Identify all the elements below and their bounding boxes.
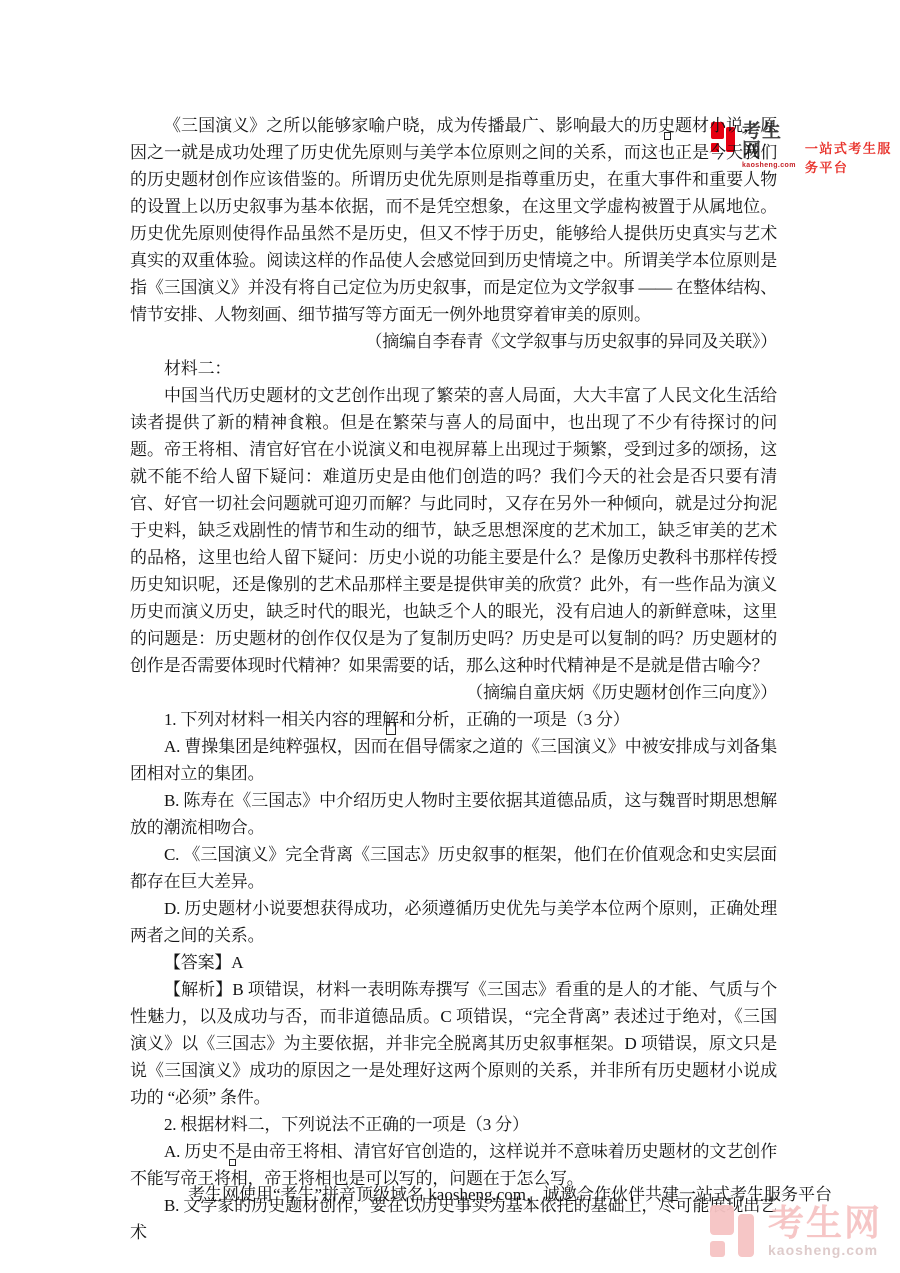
missing-glyph-box-icon — [229, 1159, 236, 1166]
logo-tagline: 一站式考生服务平台 — [805, 138, 900, 176]
watermark-brand-name: 考生网 — [768, 1205, 882, 1241]
question-1-option-c: C. 《三国演义》完全背离《三国志》历史叙事的框架，他们在价值观念和史实层面都存… — [130, 841, 777, 895]
question-1-option-d: D. 历史题材小说要想获得成功，必须遵循历史优先与美学本位两个原则，正确处理两者… — [130, 895, 777, 949]
question-1-stem: 1. 下列对材料一相关内容的理解和分析，正确的一项是（3 分） — [130, 706, 777, 733]
kaosheng-watermark: 考生网 kaosheng.com — [710, 1205, 882, 1257]
missing-glyph-box-icon — [386, 722, 396, 735]
source-attribution-2: （摘编自童庆炳《历史题材创作三向度》） — [130, 679, 777, 706]
source-attribution-1: （摘编自李春青《文学叙事与历史叙事的异同及关联》） — [130, 328, 777, 355]
material-2-heading: 材料二： — [130, 355, 777, 382]
passage-material-1: 《三国演义》之所以能够家喻户晓，成为传播最广、影响最大的历史题材小说，原因之一就… — [130, 112, 777, 328]
kaosheng-watermark-mark-icon — [710, 1205, 760, 1257]
question-1-analysis: 【解析】B 项错误，材料一表明陈寿撰写《三国志》看重的是人的才能、气质与个性魅力… — [130, 976, 777, 1111]
watermark-domain-text: kaosheng.com — [768, 1243, 882, 1257]
question-1-option-a: A. 曹操集团是纯粹强权，因而在倡导儒家之道的《三国演义》中被安排成与刘备集团相… — [130, 733, 777, 787]
question-2-stem: 2. 根据材料二，下列说法不正确的一项是（3 分） — [130, 1111, 777, 1138]
question-1-answer: 【答案】A — [130, 949, 777, 976]
document-body: 《三国演义》之所以能够家喻户晓，成为传播最广、影响最大的历史题材小说，原因之一就… — [130, 112, 777, 1246]
page-header: 考生网 kaosheng.com 一站式考生服务平台 — [0, 60, 900, 105]
question-1-option-b: B. 陈寿在《三国志》中介绍历史人物时主要依据其道德品质，这与魏晋时期思想解放的… — [130, 787, 777, 841]
passage-material-2: 中国当代历史题材的文艺创作出现了繁荣的喜人局面，大大丰富了人民文化生活给读者提供… — [130, 382, 777, 679]
